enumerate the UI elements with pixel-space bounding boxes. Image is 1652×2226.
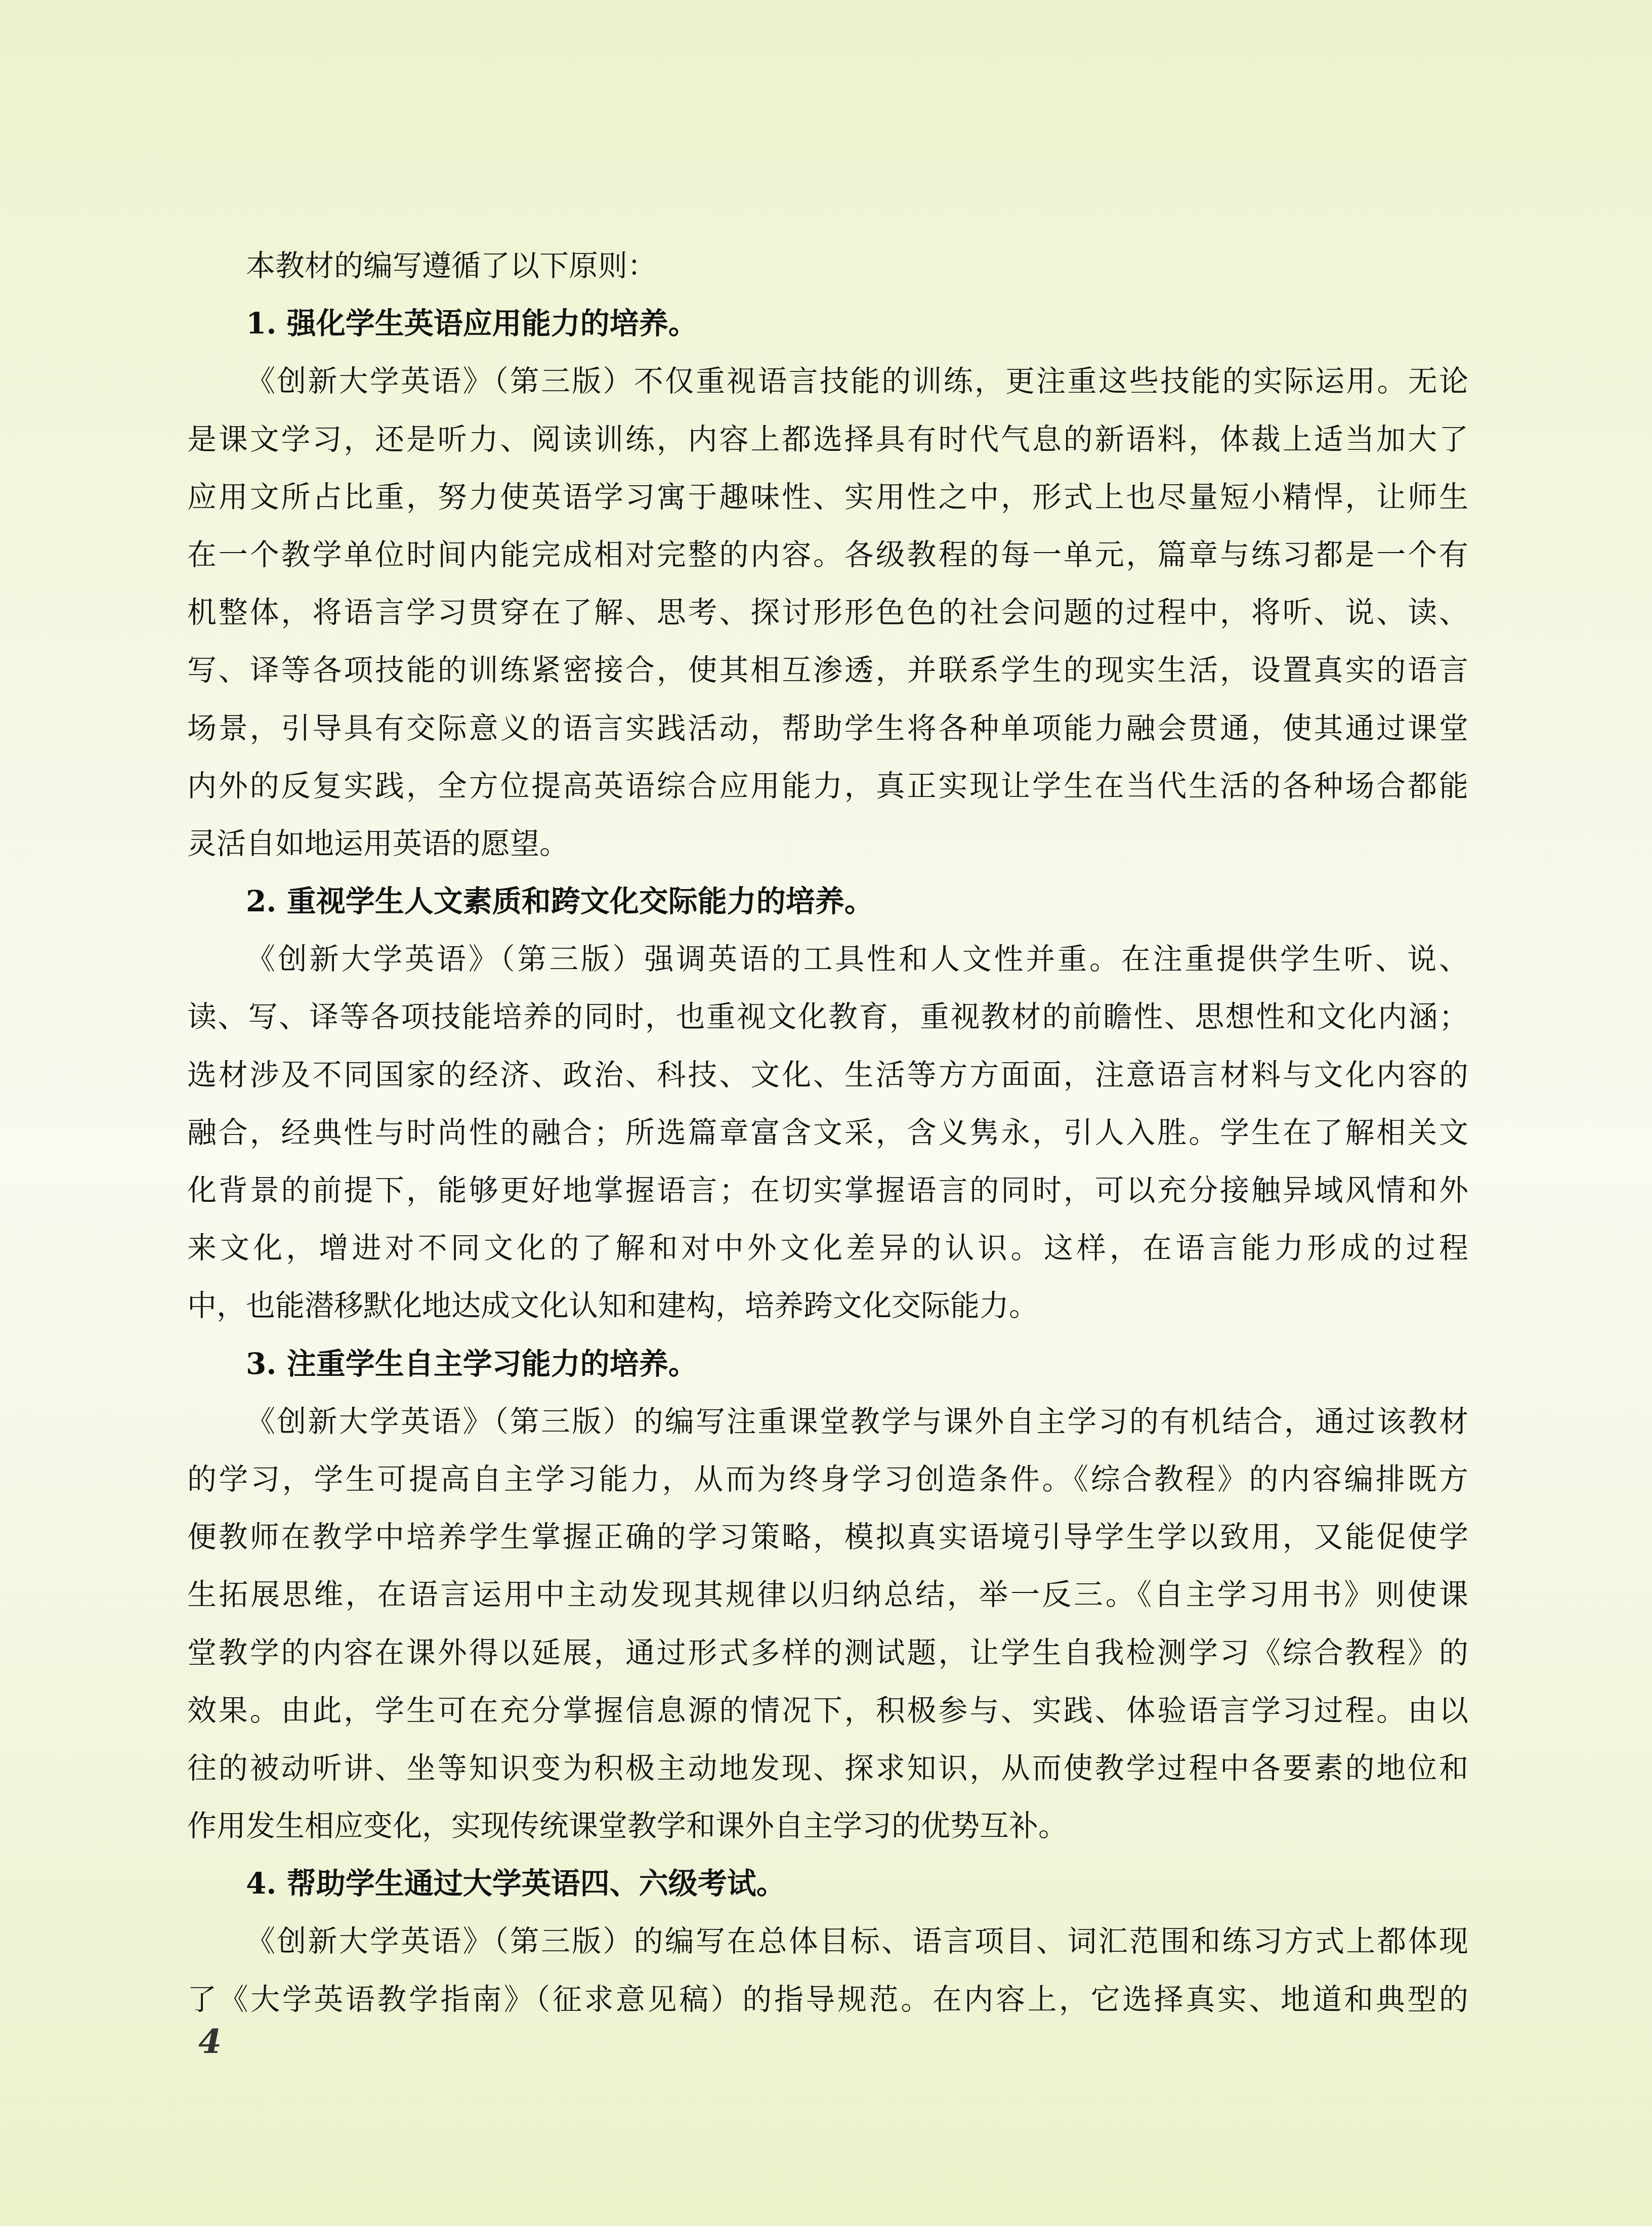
paragraph-line: 作用发生相应变化，实现传统课堂教学和课外自主学习的优势互补。 [187, 1797, 1468, 1855]
paragraph-line: 融合，经典性与时尚性的融合；所选篇章富含文采，含义隽永，引人入胜。学生在了解相关… [187, 1104, 1468, 1161]
paragraph-line: 堂教学的内容在课外得以延展，通过形式多样的测试题，让学生自我检测学习《综合教程》… [187, 1624, 1468, 1682]
paragraph-line: 选材涉及不同国家的经济、政治、科技、文化、生活等方方面面，注意语言材料与文化内容… [187, 1046, 1468, 1104]
paragraph-line: 在一个教学单位时间内能完成相对完整的内容。各级教程的每一单元，篇章与练习都是一个… [187, 526, 1468, 583]
section-heading-2: 2. 重视学生人文素质和跨文化交际能力的培养。 [187, 872, 1468, 930]
paragraph-line: 《创新大学英语》（第三版）的编写注重课堂教学与课外自主学习的有机结合，通过该教材 [187, 1393, 1468, 1450]
page-body: 本教材的编写遵循了以下原则： 1. 强化学生英语应用能力的培养。 《创新大学英语… [187, 237, 1468, 2028]
paragraph-line: 中，也能潜移默化地达成文化认知和建构，培养跨文化交际能力。 [187, 1277, 1468, 1334]
intro-line: 本教材的编写遵循了以下原则： [187, 237, 1468, 295]
paragraph-line: 读、写、译等各项技能培养的同时，也重视文化教育，重视教材的前瞻性、思想性和文化内… [187, 988, 1468, 1045]
paragraph-line: 内外的反复实践，全方位提高英语综合应用能力，真正实现让学生在当代生活的各种场合都… [187, 757, 1468, 815]
page-number: 4 [198, 2022, 222, 2061]
paragraph-line: 场景，引导具有交际意义的语言实践活动，帮助学生将各种单项能力融会贯通，使其通过课… [187, 699, 1468, 757]
paragraph-line: 《创新大学英语》（第三版）强调英语的工具性和人文性并重。在注重提供学生听、说、 [187, 930, 1468, 988]
section-heading-3: 3. 注重学生自主学习能力的培养。 [187, 1335, 1468, 1393]
paragraph-line: 应用文所占比重，努力使英语学习寓于趣味性、实用性之中，形式上也尽量短小精悍，让师… [187, 468, 1468, 526]
paragraph-line: 的学习，学生可提高自主学习能力，从而为终身学习创造条件。《综合教程》的内容编排既… [187, 1450, 1468, 1508]
paragraph-line: 《创新大学英语》（第三版）不仅重视语言技能的训练，更注重这些技能的实际运用。无论 [187, 352, 1468, 410]
paragraph-line: 往的被动听讲、坐等知识变为积极主动地发现、探求知识，从而使教学过程中各要素的地位… [187, 1739, 1468, 1797]
paragraph-line: 《创新大学英语》（第三版）的编写在总体目标、语言项目、词汇范围和练习方式上都体现 [187, 1912, 1468, 1970]
paragraph-line: 灵活自如地运用英语的愿望。 [187, 815, 1468, 872]
section-heading-4: 4. 帮助学生通过大学英语四、六级考试。 [187, 1855, 1468, 1912]
paragraph-line: 来文化，增进对不同文化的了解和对中外文化差异的认识。这样，在语言能力形成的过程 [187, 1219, 1468, 1277]
paragraph-line: 写、译等各项技能的训练紧密接合，使其相互渗透，并联系学生的现实生活，设置真实的语… [187, 641, 1468, 699]
paragraph-line: 是课文学习，还是听力、阅读训练，内容上都选择具有时代气息的新语料，体裁上适当加大… [187, 410, 1468, 468]
paragraph-line: 生拓展思维，在语言运用中主动发现其规律以归纳总结，举一反三。《自主学习用书》则使… [187, 1566, 1468, 1623]
paragraph-line: 了《大学英语教学指南》（征求意见稿）的指导规范。在内容上，它选择真实、地道和典型… [187, 1970, 1468, 2028]
paragraph-line: 便教师在教学中培养学生掌握正确的学习策略，模拟真实语境引导学生学以致用，又能促使… [187, 1508, 1468, 1566]
paragraph-line: 化背景的前提下，能够更好地掌握语言；在切实掌握语言的同时，可以充分接触异域风情和… [187, 1161, 1468, 1219]
section-heading-1: 1. 强化学生英语应用能力的培养。 [187, 295, 1468, 352]
paragraph-line: 机整体，将语言学习贯穿在了解、思考、探讨形形色色的社会问题的过程中，将听、说、读… [187, 583, 1468, 641]
paragraph-line: 效果。由此，学生可在充分掌握信息源的情况下，积极参与、实践、体验语言学习过程。由… [187, 1682, 1468, 1739]
